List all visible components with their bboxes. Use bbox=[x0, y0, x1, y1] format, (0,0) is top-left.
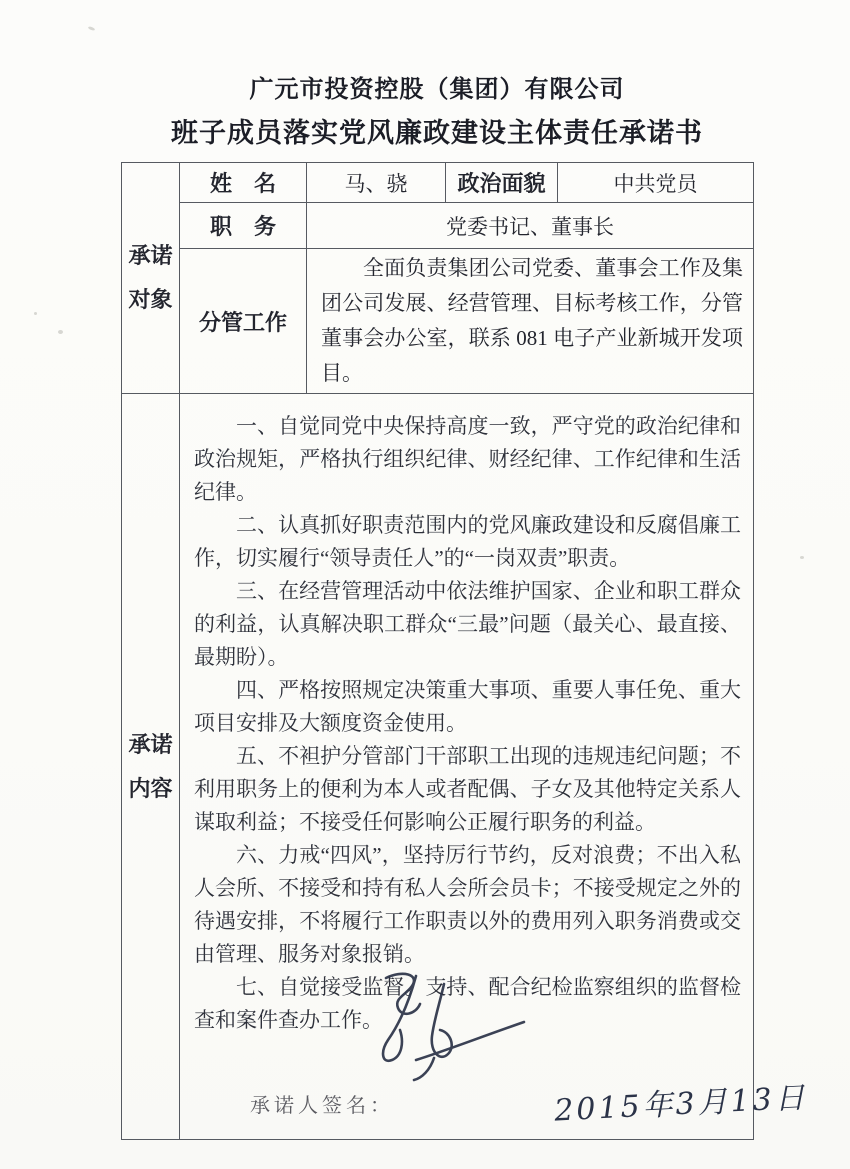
commitment-item-4: 四、严格按照规定决策重大事项、重要人事任免、重大项目安排及大额度资金使用。 bbox=[194, 674, 741, 740]
scan-speck bbox=[88, 26, 96, 31]
company-title: 广元市投资控股（集团）有限公司 bbox=[121, 74, 753, 106]
scan-speck bbox=[800, 556, 804, 559]
document-title: 班子成员落实党风廉政建设主体责任承诺书 bbox=[121, 114, 753, 152]
table-row: 承诺对象 姓 名 马、骁 政治面貌 中共党员 bbox=[122, 163, 754, 203]
scanned-document-page: 广元市投资控股（集团）有限公司 班子成员落实党风廉政建设主体责任承诺书 承诺对象… bbox=[0, 0, 850, 1169]
name-value: 马、骁 bbox=[307, 163, 446, 203]
commitment-item-2: 二、认真抓好职责范围内的党风廉政建设和反腐倡廉工作，切实履行“领导责任人”的“一… bbox=[194, 509, 741, 575]
handwritten-date: 2015年3月13日 bbox=[553, 1072, 809, 1129]
handwritten-signature bbox=[358, 968, 536, 1086]
position-label: 职 务 bbox=[180, 203, 307, 249]
signature-label: 承诺人签名： bbox=[250, 1089, 394, 1118]
duties-value: 全面负责集团公司党委、董事会工作及集团公司发展、经营管理、目标考核工作，分管董事… bbox=[307, 249, 754, 394]
name-label: 姓 名 bbox=[180, 163, 307, 203]
section-label-target: 承诺对象 bbox=[122, 163, 180, 394]
commitment-item-6: 六、力戒“四风”，坚持厉行节约，反对浪费；不出入私人会所、不接受和持有私人会所会… bbox=[194, 839, 741, 971]
section-label-content: 承诺内容 bbox=[122, 394, 180, 1140]
scan-speck bbox=[34, 312, 37, 315]
political-status-value: 中共党员 bbox=[558, 163, 754, 203]
table-row: 分管工作 全面负责集团公司党委、董事会工作及集团公司发展、经营管理、目标考核工作… bbox=[122, 249, 754, 394]
commitment-item-1: 一、自觉同党中央保持高度一致，严守党的政治纪律和政治规矩，严格执行组织纪律、财经… bbox=[194, 410, 741, 509]
signature-row: 承诺人签名： 2015年3月13日 bbox=[194, 1079, 741, 1139]
duties-text: 全面负责集团公司党委、董事会工作及集团公司发展、经营管理、目标考核工作，分管董事… bbox=[307, 249, 753, 393]
document-header: 广元市投资控股（集团）有限公司 班子成员落实党风廉政建设主体责任承诺书 bbox=[121, 74, 753, 152]
scan-speck bbox=[58, 330, 63, 334]
table-row: 职 务 党委书记、董事长 bbox=[122, 203, 754, 249]
duties-label: 分管工作 bbox=[180, 249, 307, 394]
position-value: 党委书记、董事长 bbox=[307, 203, 754, 249]
commitment-item-5: 五、不袒护分管部门干部职工出现的违规违纪问题；不利用职务上的便利为本人或者配偶、… bbox=[194, 740, 741, 839]
political-status-label: 政治面貌 bbox=[446, 163, 558, 203]
commitment-item-3: 三、在经营管理活动中依法维护国家、企业和职工群众的利益，认真解决职工群众“三最”… bbox=[194, 575, 741, 674]
